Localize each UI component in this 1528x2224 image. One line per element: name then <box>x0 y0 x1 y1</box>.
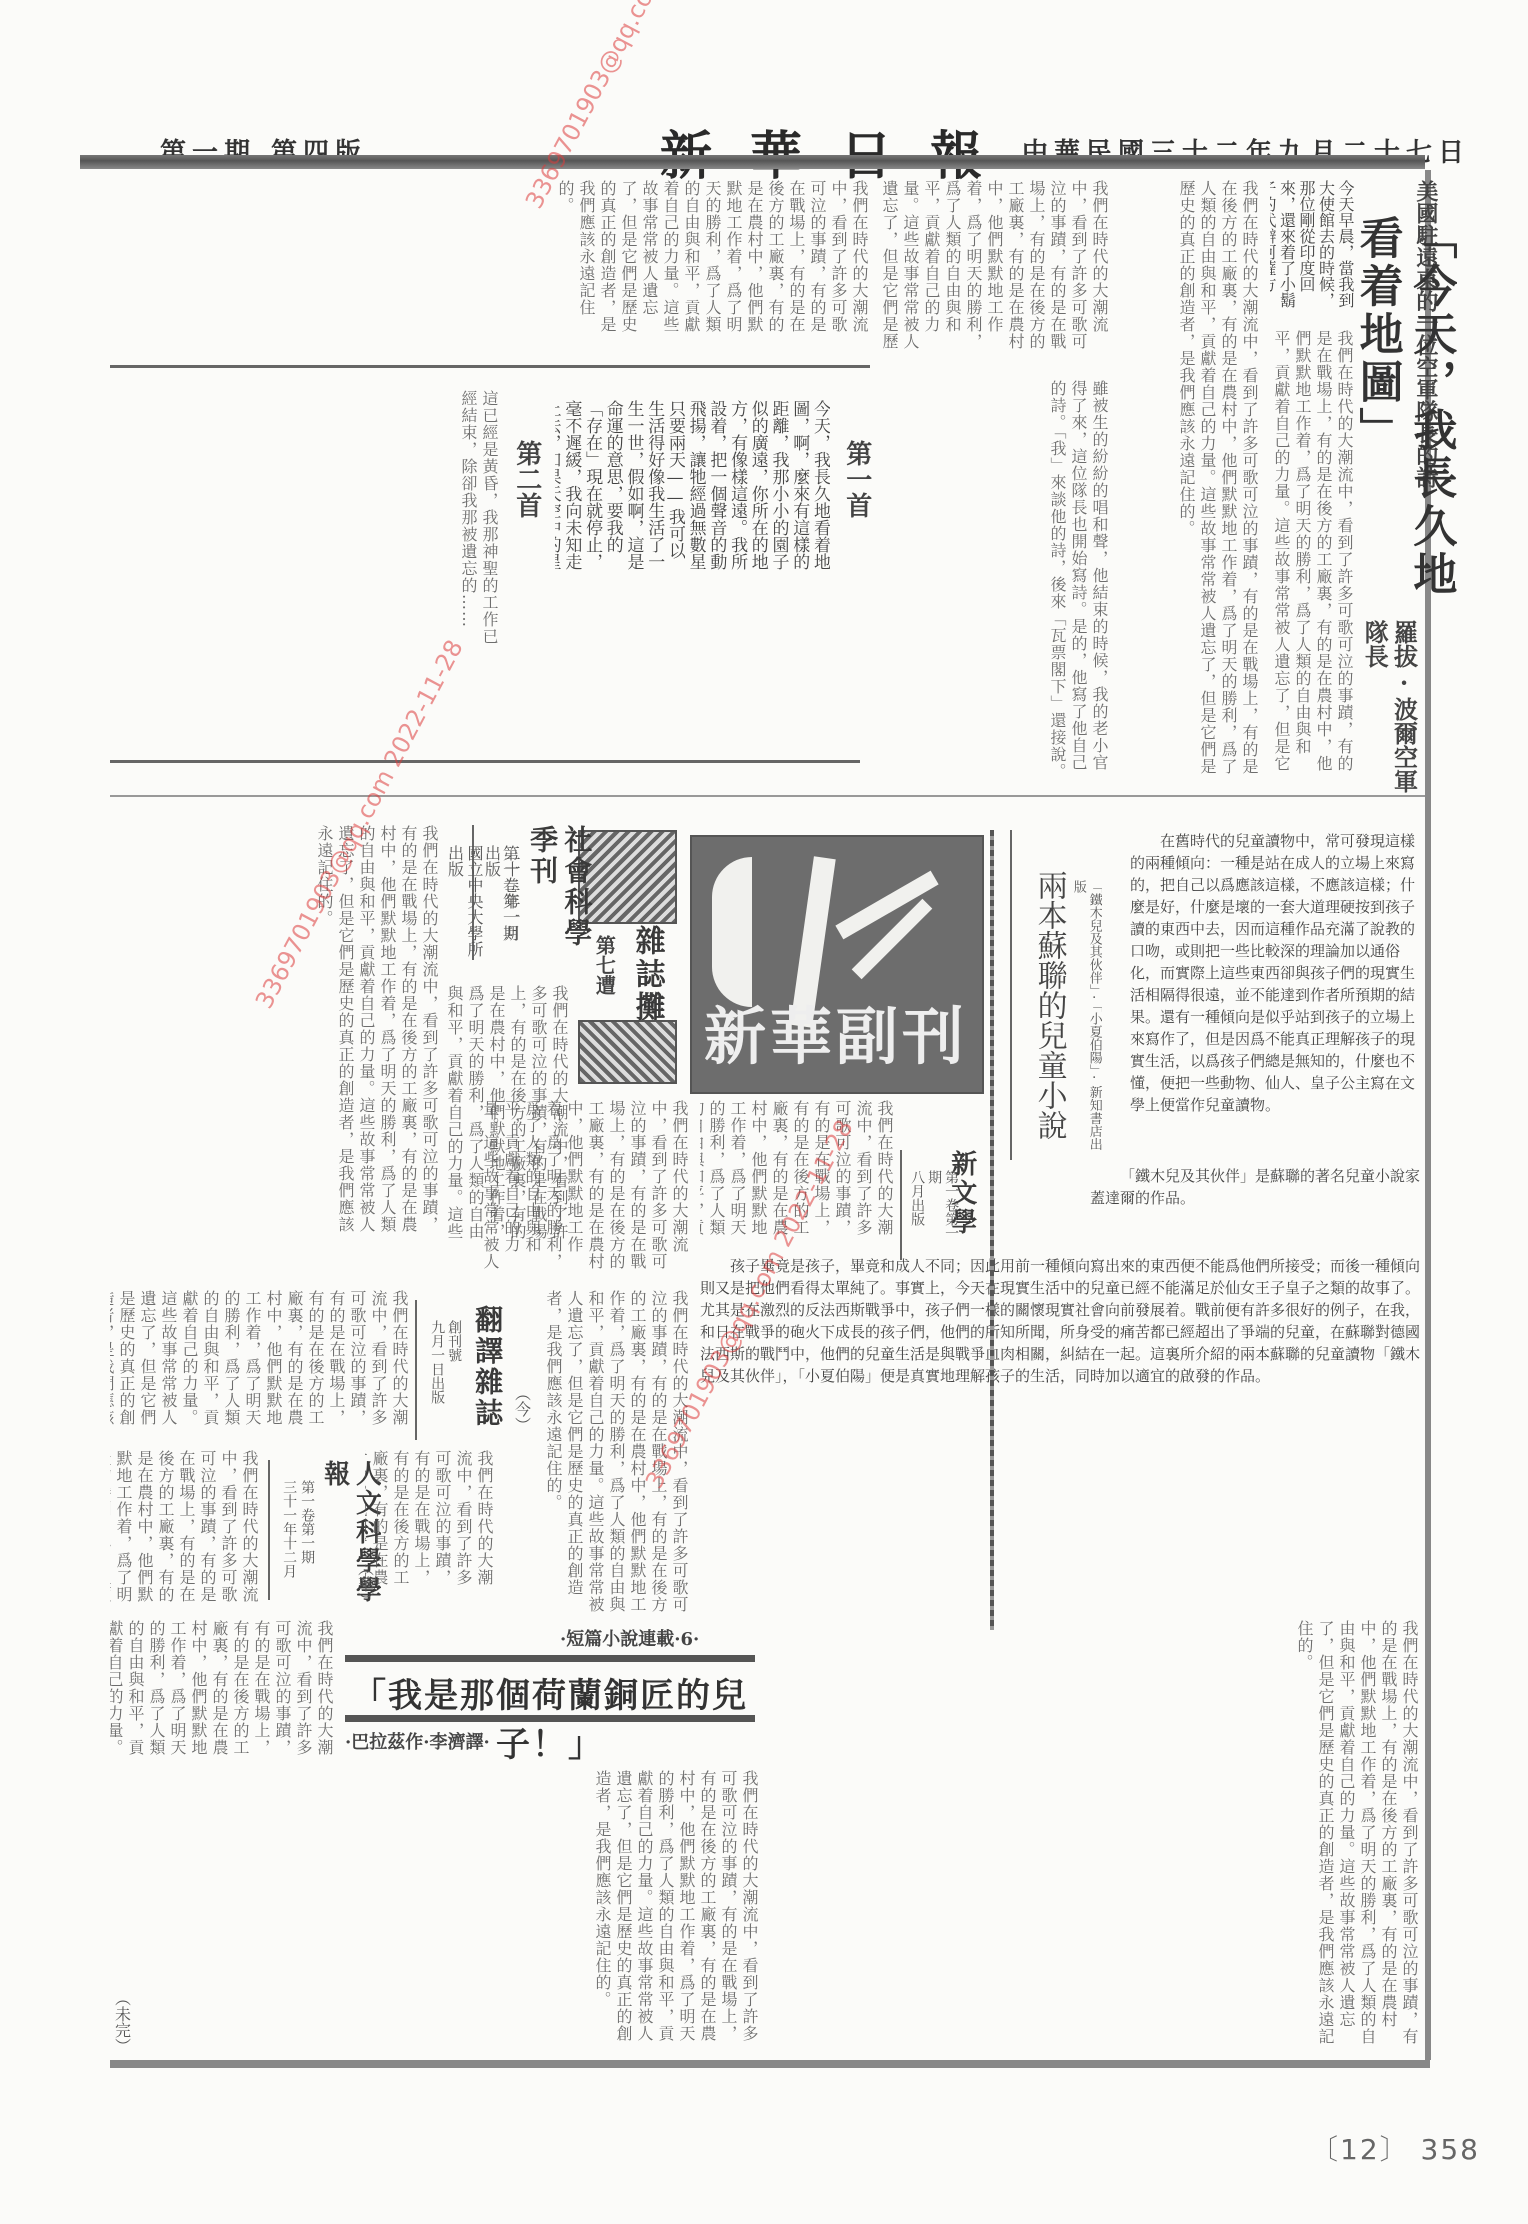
poem-rule-bottom <box>110 760 860 763</box>
periodical-rule <box>415 1300 417 1440</box>
poem2-heading: 第二首 <box>510 440 542 560</box>
supplement-title: 新華副刊 <box>698 997 974 1077</box>
bottom-rule <box>110 2060 1430 2068</box>
masthead-rule <box>80 155 1425 169</box>
review-body: 在舊時代的兒童讀物中，常可發現這樣的兩種傾向：一種是站在成人的立場上來寫的，把自… <box>1130 830 1420 1160</box>
page-number: 〔12〕 358 <box>1310 2128 1480 2168</box>
supplement-logo: 新華副刊 <box>690 835 984 1094</box>
story-body-right: 我們在時代的大潮流中，看到了許多可歌可泣的事蹟，有的是在戰場上，有的是在後方的工… <box>770 1620 1420 2060</box>
story-body-bottom: 我們在時代的大潮流中，看到了許多可歌可泣的事蹟，有的是在戰場上，有的是在後方的工… <box>110 1770 760 2055</box>
feature-body-2: 我們在時代的大潮流中，看到了許多可歌可泣的事蹟，有的是在戰場上，有的是在後方的工… <box>1120 180 1260 780</box>
magazine-review: 我們在時代的大潮流中，看到了許多可歌可泣的事蹟，有的是在戰場上，有的是在後方的工… <box>480 1100 690 1270</box>
periodical-date: 八月出版 <box>908 1170 925 1250</box>
periodical-review-3: 我們在時代的大潮流中，看到了許多可歌可泣的事蹟，有的是在戰場上，有的是在後方的工… <box>110 1290 410 1440</box>
feature-byline: 羅拔·波爾空軍隊長 <box>1360 620 1419 800</box>
feature-body-4: 雖被生的紛紛的唱和聲，他結束的時候，我的老小官得了來，這位隊長也開始寫詩。是的，… <box>880 380 1110 780</box>
review-subhead: 「鐵木兒及其伙伴」·「小夏伯陽」·新知書店出版 <box>1070 880 1102 1160</box>
magazine-emblem-icon-2 <box>578 1020 677 1084</box>
poem1-text: 今天，我長久地看着地圖，啊，麼來有這樣的距離，我那小小的園子似的廣遠，你所在的地… <box>690 400 830 570</box>
humanities-review-2: 我們在時代的大潮流中，看到了許多可歌可泣的事蹟，有的是在戰場上，有的是在後方的工… <box>110 1450 260 1610</box>
periodical-date: 三十一年十二月 <box>280 1480 297 1580</box>
periodical-rule <box>900 1150 902 1260</box>
periodical-title: 社會科學季刊 <box>525 825 593 965</box>
feature-body-1: 我們在時代的大潮流中，看到了許多可歌可泣的事蹟，有的是在戰場上，有的是在後方的工… <box>1270 330 1355 780</box>
feature-lead: 今天早晨，當我到大使館去的時候，那位剛從印度回來，還來着了小鬍子的代辦阿薩方檢，… <box>1270 180 1355 320</box>
column-divider-wavy <box>990 830 994 1630</box>
page-number-value: 358 <box>1421 2133 1480 2166</box>
humanities-review: 我們在時代的大潮流中，看到了許多可歌可泣的事蹟，有的是在戰場上，有的是在後方的工… <box>365 1450 495 1600</box>
periodical-date: 九月一日出版 <box>428 1320 445 1420</box>
review-rule <box>1010 830 1012 1160</box>
magazine-stand-issue: 第七遭 <box>592 935 616 1025</box>
poem2-text: 只要兩天——我可以生活得好像我生活了一生一世，假如啊，這是命運的意思，要我的「存… <box>555 400 685 570</box>
review-body-long: 孩子畢竟是孩子，畢竟和成人不同；因此用前一種傾向寫出來的東西便不能爲他們所接受；… <box>700 1255 1420 1635</box>
logo-shape <box>712 857 752 1007</box>
poem1-heading: 第一首 <box>840 440 872 560</box>
story-bar-top <box>345 1655 755 1662</box>
periodical-rule <box>268 1460 270 1600</box>
story-ending: （未完） <box>112 1990 132 2050</box>
feature-headline: 「今天，我長久地看着地圖」 <box>1350 215 1457 615</box>
poem-rule-top <box>110 365 870 368</box>
periodical-volume: 創刊號 <box>445 1320 462 1400</box>
section-divider <box>110 795 1425 797</box>
story-series-label: ·短篇小說連載·6· <box>560 1625 699 1651</box>
story-title: 「我是那個荷蘭銅匠的兒子！」 <box>340 1668 760 1708</box>
feature-body-5: 我們在時代的大潮流中，看到了許多可歌可泣的事蹟，有的是在戰場上，有的是在後方的工… <box>110 180 870 340</box>
periodical-title: 翻譯雜誌 <box>470 1305 504 1435</box>
story-bar-bottom <box>345 1715 755 1722</box>
review-body-cont: 「鐵木兒及其伙伴」是蘇聯的著名兒童小說家蓋達爾的作品。 <box>1090 1165 1420 1255</box>
periodical-review-1: 我們在時代的大潮流中，看到了許多可歌可泣的事蹟，有的是在戰場上，有的是在後方的工… <box>110 825 440 1245</box>
poem-side-text: 這已經是黃昏，我那神聖的工作已經結束，除卻我那被遺忘的…… <box>110 390 500 650</box>
periodical-volume: 第一卷第一期 <box>298 1480 315 1580</box>
review-headline: 兩本蘇聯的兒童小說 <box>1030 870 1067 1170</box>
periodical-date: 三十二年一月出版 <box>482 845 521 955</box>
translation-closing: （今） <box>512 1385 532 1425</box>
periodical-publisher: 國立中央大學所出版 <box>445 845 484 965</box>
page-bracket: 〔12〕 <box>1310 2133 1410 2166</box>
story-author: ·巴拉茲作·李濟譯· <box>345 1728 490 1754</box>
feature-body-3: 我們在時代的大潮流中，看到了許多可歌可泣的事蹟，有的是在戰場上，有的是在後方的工… <box>880 180 1110 360</box>
story-body-left: 我們在時代的大潮流中，看到了許多可歌可泣的事蹟，有的是在戰場上，有的是在後方的工… <box>110 1620 335 1770</box>
periodical-volume: 第一卷第一期 <box>925 1170 959 1250</box>
